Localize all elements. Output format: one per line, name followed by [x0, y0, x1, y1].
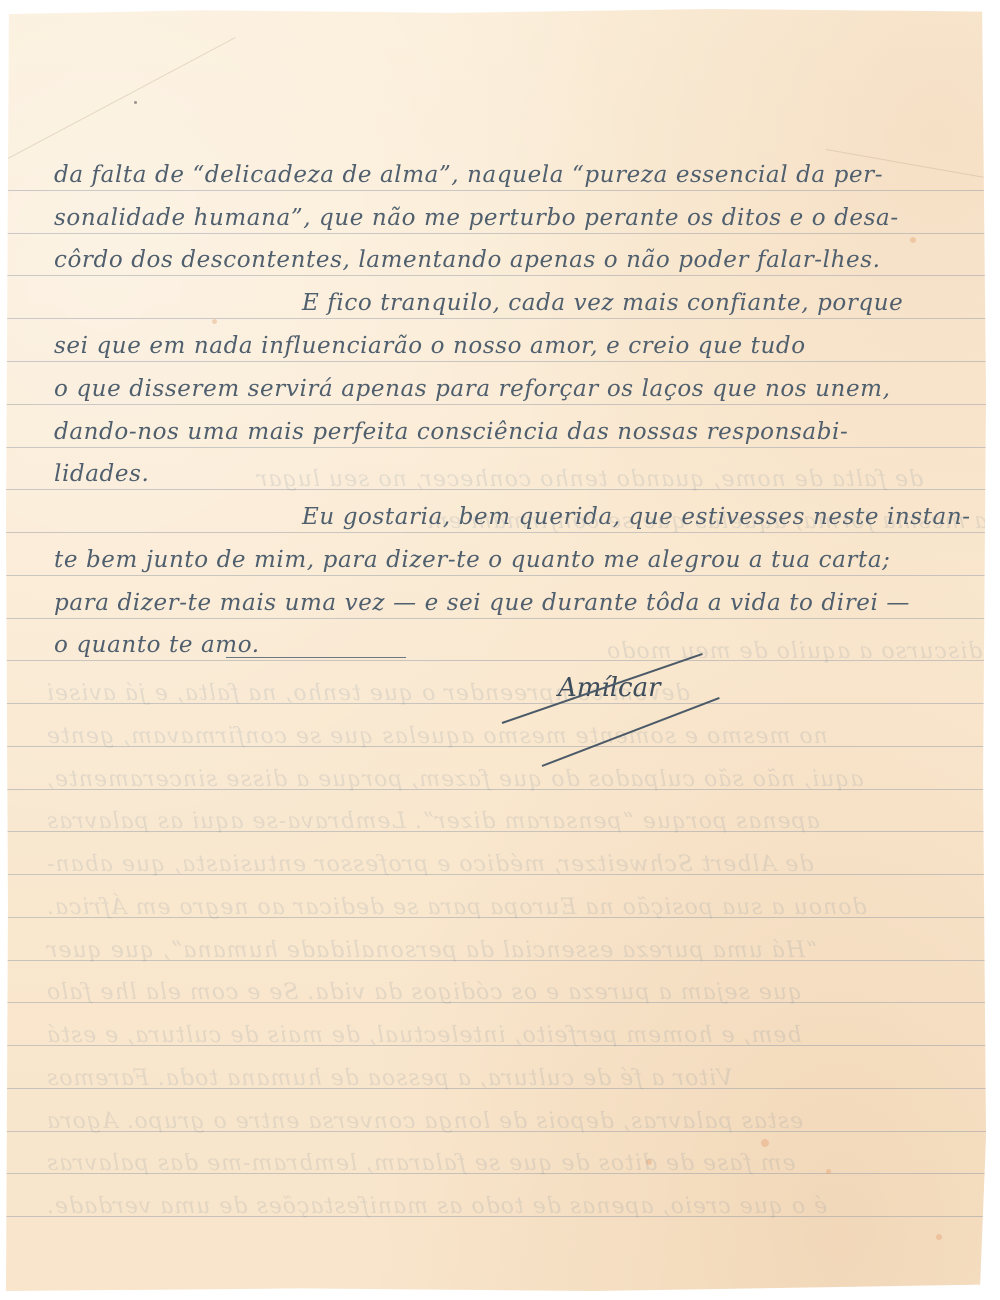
ruled-line — [6, 789, 986, 790]
ruled-line — [6, 1045, 986, 1046]
letter-line-4: E fico tranquilo, cada vez mais confiant… — [302, 290, 903, 316]
ruled-line — [6, 532, 986, 533]
ruled-line — [6, 660, 986, 661]
foxing-spot — [134, 101, 137, 104]
foxing-spot — [910, 237, 916, 243]
letter-line-2: sonalidade humana”, que não me perturbo … — [54, 205, 899, 231]
letter-line-6: o que disserem servirá apenas para refor… — [54, 376, 890, 402]
ruled-line — [6, 874, 986, 875]
ruled-line — [6, 318, 986, 319]
paper-crease — [6, 37, 236, 160]
ruled-line — [6, 275, 986, 276]
letter-line-9: Eu gostaria, bem querida, que estivesses… — [302, 504, 971, 530]
signature-flourish — [542, 697, 720, 767]
ruled-line — [6, 1216, 986, 1217]
ruled-line — [6, 361, 986, 362]
ruled-line — [6, 1002, 986, 1003]
ruled-line — [6, 746, 986, 747]
ruled-line — [6, 831, 986, 832]
foxing-spot — [936, 1234, 942, 1240]
foxing-spot — [826, 1169, 831, 1174]
ruled-line — [6, 1173, 986, 1174]
ruled-line — [6, 703, 986, 704]
letter-line-5: sei que em nada influenciarão o nosso am… — [54, 333, 806, 359]
letter-line-3: côrdo dos descontentes, lamentando apena… — [54, 247, 881, 273]
ruled-line — [6, 960, 986, 961]
foxing-spot — [212, 319, 217, 324]
ruled-line — [6, 1088, 986, 1089]
ruled-line — [6, 917, 986, 918]
letter-line-1: da falta de “delicadeza de alma”, naquel… — [54, 162, 883, 188]
ruled-line — [6, 233, 986, 234]
ruled-line — [6, 1131, 986, 1132]
foxing-spot — [761, 1139, 769, 1147]
letter-line-10: te bem junto de mim, para dizer-te o qua… — [54, 547, 891, 573]
ruled-line — [6, 618, 986, 619]
closing-underline — [226, 657, 406, 658]
letter-line-12: o quanto te amo. — [54, 632, 260, 658]
letter-line-8: lidades. — [54, 461, 149, 487]
ruled-line — [6, 489, 986, 490]
ruled-line — [6, 575, 986, 576]
foxing-spot — [646, 1159, 652, 1165]
ruled-line — [6, 190, 986, 191]
letter-page: de falta de nome, quando tenho conhecer,… — [6, 9, 986, 1291]
signature-flourish — [502, 653, 703, 724]
ruled-line — [6, 404, 986, 405]
ruled-line — [6, 447, 986, 448]
letter-line-11: para dizer-te mais uma vez — e sei que d… — [54, 590, 910, 616]
letter-line-7: dando-nos uma mais perfeita consciência … — [54, 419, 848, 445]
